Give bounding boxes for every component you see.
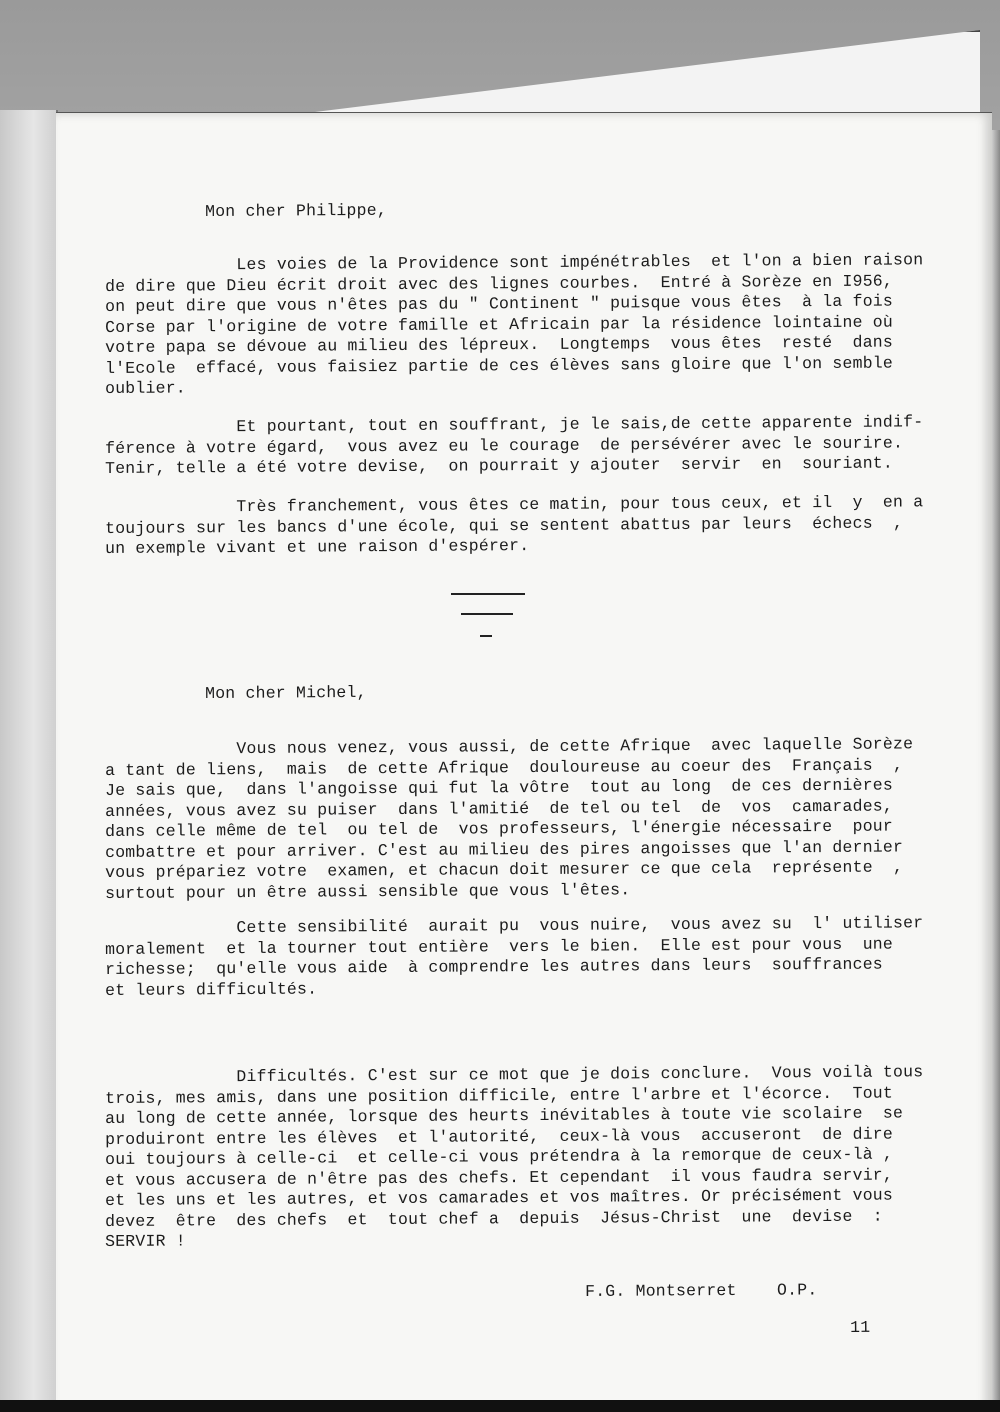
text-line: surtout pour un être aussi sensible que …: [105, 880, 630, 904]
page-number: 11: [850, 1318, 870, 1339]
salutation-michel: Mon cher Michel,: [205, 683, 367, 705]
page-stack-edge: [992, 130, 1000, 1400]
text-line: un exemple vivant et une raison d'espére…: [105, 536, 529, 559]
salutation-philippe: Mon cher Philippe,: [205, 201, 387, 223]
signature: F.G. Montserret O.P.: [585, 1280, 817, 1302]
text-line: et leurs difficultés.: [105, 979, 317, 1001]
separator-rule-3: [480, 635, 492, 637]
text-line: oublier.: [105, 378, 186, 399]
adjacent-page-edge: [0, 110, 58, 1412]
text-line: SERVIR !: [105, 1231, 186, 1252]
scan-bottom-border: [0, 1400, 1000, 1412]
separator-rule-2: [461, 613, 513, 615]
separator-rule-1: [451, 593, 525, 595]
